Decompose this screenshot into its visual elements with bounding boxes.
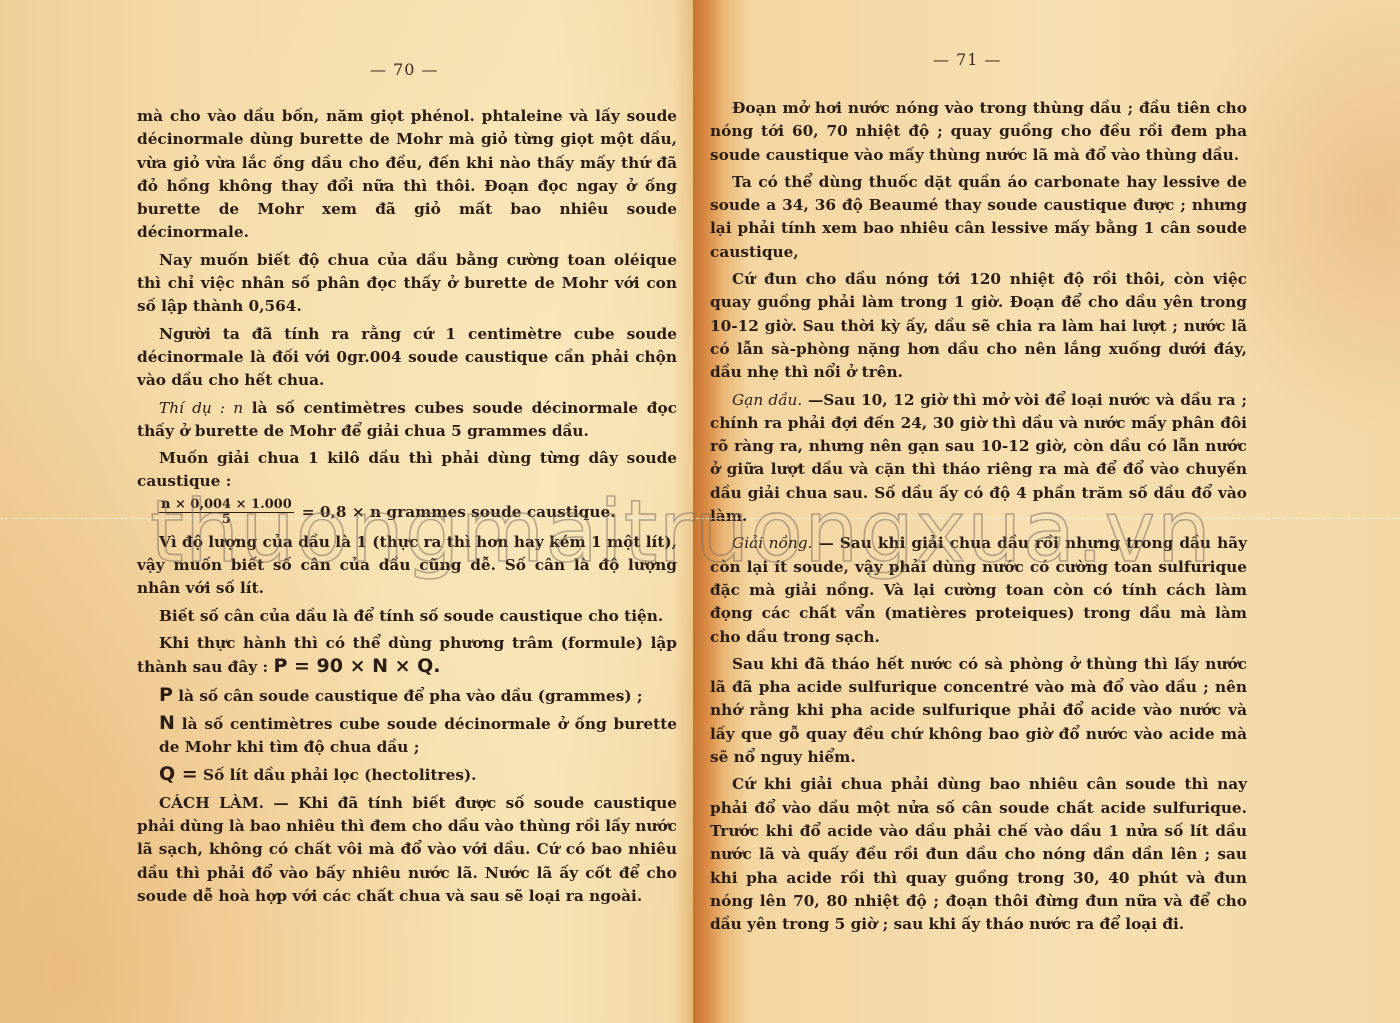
- paragraph: Vì độ lượng của dầu là 1 (thực ra thì hơ…: [137, 531, 677, 601]
- paragraph: Khi thực hành thì có thể dùng phương trâ…: [137, 632, 677, 680]
- paragraph: Ta có thể dùng thuốc dặt quần áo carbona…: [710, 171, 1247, 264]
- watermark-line: [0, 518, 1400, 519]
- paragraph: Người ta đã tính ra rằng cứ 1 centimètre…: [137, 323, 677, 393]
- formula-result: = 0,8 × n grammes soude caustique.: [302, 501, 616, 524]
- example-label: Thí dụ : n: [159, 399, 243, 417]
- subhead: Giải nồng.: [732, 534, 812, 552]
- paragraph: Cứ khi giải chua phải dùng bao nhiêu cân…: [710, 773, 1247, 936]
- paragraph: Biết số cân của dầu là để tính số soude …: [137, 605, 677, 628]
- numerator: n × 0,004 × 1.000: [159, 498, 294, 513]
- section-heading: CÁCH LÀM. —: [159, 794, 289, 812]
- page-number: — 71 —: [933, 50, 1002, 69]
- denominator: 5: [222, 513, 231, 527]
- paragraph: Gạn dầu. —Sau 10, 12 giờ thì mở vòi để l…: [710, 389, 1247, 529]
- fraction: n × 0,004 × 1.000 5: [159, 498, 294, 527]
- page-body: mà cho vào dầu bốn, năm giọt phénol. pht…: [137, 105, 677, 912]
- page-left: — 70 — mà cho vào dầu bốn, năm giọt phén…: [0, 0, 693, 1023]
- formula: n × 0,004 × 1.000 5 = 0,8 × n grammes so…: [137, 498, 677, 527]
- paragraph: mà cho vào dầu bốn, năm giọt phénol. pht…: [137, 105, 677, 245]
- paragraph: Cứ đun cho dầu nóng tới 120 nhiệt độ rồi…: [710, 268, 1247, 384]
- paragraph: Muốn giải chua 1 kilô dầu thì phải dùng …: [137, 447, 677, 494]
- page-right: — 71 — Đoạn mở hơi nước nóng vào trong t…: [693, 0, 1400, 1023]
- paragraph: Giải nồng. — Sau khi giải chua dầu rồi n…: [710, 532, 1247, 648]
- book-spread: — 70 — mà cho vào dầu bốn, năm giọt phén…: [0, 0, 1400, 1023]
- main-formula: P = 90 × N × Q.: [273, 655, 440, 677]
- paragraph: Thí dụ : n là số centimètres cubes soude…: [137, 397, 677, 444]
- paragraph: Sau khi đã tháo hết nước có sà phòng ở t…: [710, 653, 1247, 769]
- paragraph: Nay muốn biết độ chua của dầu bằng cường…: [137, 249, 677, 319]
- definition-n: N là số centimètres cube soude décinorma…: [137, 712, 677, 760]
- definition-p: P là số cân soude caustique để pha vào d…: [137, 684, 677, 708]
- subhead: Gạn dầu.: [732, 391, 802, 409]
- page-number: — 70 —: [370, 60, 439, 79]
- paragraph: CÁCH LÀM. — Khi đã tính biết được số sou…: [137, 792, 677, 908]
- paragraph: Đoạn mở hơi nước nóng vào trong thùng dầ…: [710, 97, 1247, 167]
- definition-q: Q = Số lít dầu phải lọc (hectolitres).: [137, 763, 677, 787]
